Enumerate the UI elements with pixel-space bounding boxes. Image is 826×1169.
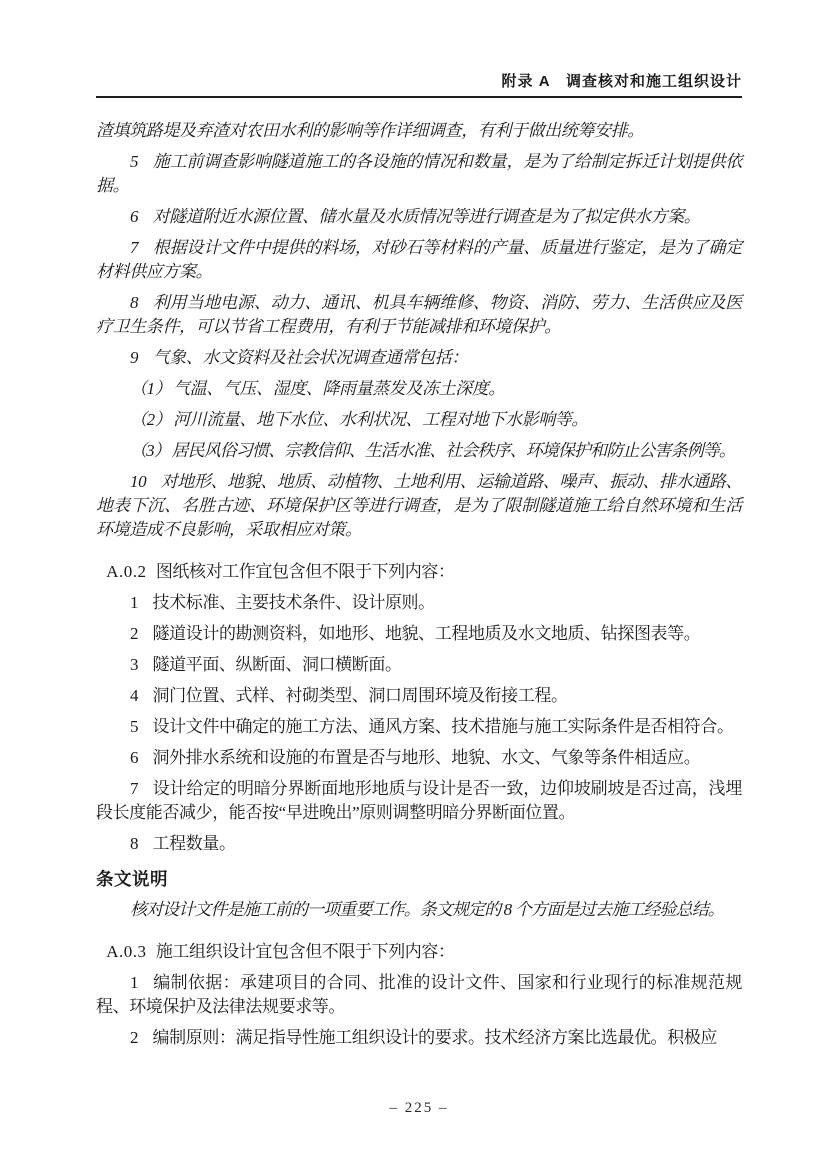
clause-a02: A.0.2图纸核对工作宜包含但不限于下列内容： bbox=[96, 560, 742, 584]
a02-item-3: 3隧道平面、纵断面、洞口横断面。 bbox=[96, 653, 742, 677]
item-number: 9 bbox=[130, 348, 138, 367]
survey-item-8: 8利用当地电源、动力、通讯、机具车辆维修、物资、消防、劳力、生活供应及医疗卫生条… bbox=[96, 291, 742, 339]
a02-item-8: 8工程数量。 bbox=[96, 832, 742, 856]
subitem-text: 居民风俗习惯、宗教信仰、生活水准、社会秩序、环境保护和防止公害条例等。 bbox=[172, 441, 736, 460]
survey-subitem-2: （2）河川流量、地下水位、水利状况、工程对地下水影响等。 bbox=[96, 408, 742, 432]
item-text: 工程数量。 bbox=[153, 834, 236, 853]
item-number: 6 bbox=[130, 207, 138, 226]
item-number: 8 bbox=[130, 293, 138, 312]
item-text: 气象、水文资料及社会状况调查通常包括： bbox=[153, 348, 468, 367]
subitem-number: （2） bbox=[130, 410, 171, 429]
survey-item-6: 6对隧道附近水源位置、储水量及水质情况等进行调查是为了拟定供水方案。 bbox=[96, 205, 742, 229]
item-text: 隧道设计的勘测资料，如地形、地貌、工程地质及水文地质、钻探图表等。 bbox=[153, 624, 701, 643]
a02-item-4: 4洞门位置、式样、衬砌类型、洞口周围环境及衔接工程。 bbox=[96, 684, 742, 708]
body-text: 渣填筑路堤及弃渣对农田水利的影响等作详细调查，有利于做出统筹安排。 5施工前调查… bbox=[96, 119, 742, 1050]
page-content: 附录 A 调查核对和施工组织设计 渣填筑路堤及弃渣对农田水利的影响等作详细调查，… bbox=[96, 72, 742, 1057]
item-number: 8 bbox=[130, 834, 138, 853]
a02-item-6: 6洞外排水系统和设施的布置是否与地形、地貌、水文、气象等条件相适应。 bbox=[96, 746, 742, 770]
item-text: 对地形、地貌、地质、动植物、土地利用、运输道路、噪声、振动、排水通路、地表下沉、… bbox=[96, 472, 742, 539]
running-header: 附录 A 调查核对和施工组织设计 bbox=[96, 72, 742, 98]
a02-item-7: 7设计给定的明暗分界断面地形地质与设计是否一致，边仰坡刷坡是否过高，浅埋段长度能… bbox=[96, 777, 742, 825]
item-number: 3 bbox=[130, 655, 138, 674]
item-text: 技术标准、主要技术条件、设计原则。 bbox=[153, 593, 435, 612]
page-number: – 225 – bbox=[96, 1100, 742, 1117]
item-text: 对隧道附近水源位置、储水量及水质情况等进行调查是为了拟定供水方案。 bbox=[153, 207, 701, 226]
item-text: 洞外排水系统和设施的布置是否与地形、地貌、水文、气象等条件相适应。 bbox=[153, 748, 701, 767]
subitem-text: 河川流量、地下水位、水利状况、工程对地下水影响等。 bbox=[173, 410, 588, 429]
subitem-text: 气温、气压、湿度、降雨量蒸发及冻土深度。 bbox=[173, 379, 505, 398]
item-text: 设计给定的明暗分界断面地形地质与设计是否一致，边仰坡刷坡是否过高，浅埋段长度能否… bbox=[96, 779, 742, 822]
survey-item-5: 5施工前调查影响隧道施工的各设施的情况和数量，是为了给制定拆迁计划提供依据。 bbox=[96, 150, 742, 198]
item-text: 隧道平面、纵断面、洞口横断面。 bbox=[153, 655, 402, 674]
survey-item-9: 9气象、水文资料及社会状况调查通常包括： bbox=[96, 346, 742, 370]
a02-item-2: 2隧道设计的勘测资料，如地形、地貌、工程地质及水文地质、钻探图表等。 bbox=[96, 622, 742, 646]
item-text: 洞门位置、式样、衬砌类型、洞口周围环境及衔接工程。 bbox=[153, 686, 568, 705]
item-number: 1 bbox=[130, 973, 138, 992]
item-number: 2 bbox=[130, 1028, 138, 1047]
item-text: 设计文件中确定的施工方法、通风方案、技术措施与施工实际条件是否相符合。 bbox=[153, 717, 734, 736]
a03-item-2: 2编制原则：满足指导性施工组织设计的要求。技术经济方案比选最优。积极应 bbox=[96, 1026, 742, 1050]
item-number: 10 bbox=[130, 472, 146, 491]
notes-text: 核对设计文件是施工前的一项重要工作。条文规定的 8 个方面是过去施工经验总结。 bbox=[96, 898, 742, 922]
item-text: 编制依据：承建项目的合同、批准的设计文件、国家和行业现行的标准规范规程、环境保护… bbox=[96, 973, 742, 1016]
survey-subitem-3: （3）居民风俗习惯、宗教信仰、生活水准、社会秩序、环境保护和防止公害条例等。 bbox=[96, 439, 742, 463]
clause-number: A.0.3 bbox=[106, 942, 146, 961]
item-number: 7 bbox=[130, 238, 138, 257]
a03-item-1: 1编制依据：承建项目的合同、批准的设计文件、国家和行业现行的标准规范规程、环境保… bbox=[96, 971, 742, 1019]
running-header-title: 附录 A 调查核对和施工组织设计 bbox=[502, 73, 742, 90]
paragraph-continuation: 渣填筑路堤及弃渣对农田水利的影响等作详细调查，有利于做出统筹安排。 bbox=[96, 119, 742, 143]
notes-heading: 条文说明 bbox=[96, 867, 742, 891]
item-text: 利用当地电源、动力、通讯、机具车辆维修、物资、消防、劳力、生活供应及医疗卫生条件… bbox=[96, 293, 742, 336]
clause-a03: A.0.3施工组织设计宜包含但不限于下列内容： bbox=[96, 940, 742, 964]
document-page: 附录 A 调查核对和施工组织设计 渣填筑路堤及弃渣对农田水利的影响等作详细调查，… bbox=[0, 0, 826, 1169]
item-number: 4 bbox=[130, 686, 138, 705]
item-number: 7 bbox=[130, 779, 138, 798]
clause-number: A.0.2 bbox=[106, 562, 146, 581]
a02-item-1: 1技术标准、主要技术条件、设计原则。 bbox=[96, 591, 742, 615]
a02-item-5: 5设计文件中确定的施工方法、通风方案、技术措施与施工实际条件是否相符合。 bbox=[96, 715, 742, 739]
clause-title: 图纸核对工作宜包含但不限于下列内容： bbox=[156, 562, 455, 581]
survey-item-7: 7根据设计文件中提供的料场，对砂石等材料的产量、质量进行鉴定，是为了确定材料供应… bbox=[96, 236, 742, 284]
item-number: 2 bbox=[130, 624, 138, 643]
item-text: 编制原则：满足指导性施工组织设计的要求。技术经济方案比选最优。积极应 bbox=[153, 1028, 717, 1047]
subitem-number: （3） bbox=[130, 441, 170, 460]
item-number: 5 bbox=[130, 717, 138, 736]
clause-title: 施工组织设计宜包含但不限于下列内容： bbox=[156, 942, 455, 961]
item-number: 6 bbox=[130, 748, 138, 767]
item-number: 1 bbox=[130, 593, 138, 612]
survey-item-10: 10对地形、地貌、地质、动植物、土地利用、运输道路、噪声、振动、排水通路、地表下… bbox=[96, 470, 742, 542]
subitem-number: （1） bbox=[130, 379, 171, 398]
item-text: 施工前调查影响隧道施工的各设施的情况和数量，是为了给制定拆迁计划提供依据。 bbox=[96, 152, 742, 195]
item-text: 根据设计文件中提供的料场，对砂石等材料的产量、质量进行鉴定，是为了确定材料供应方… bbox=[96, 238, 742, 281]
item-number: 5 bbox=[130, 152, 138, 171]
survey-subitem-1: （1）气温、气压、湿度、降雨量蒸发及冻土深度。 bbox=[96, 377, 742, 401]
